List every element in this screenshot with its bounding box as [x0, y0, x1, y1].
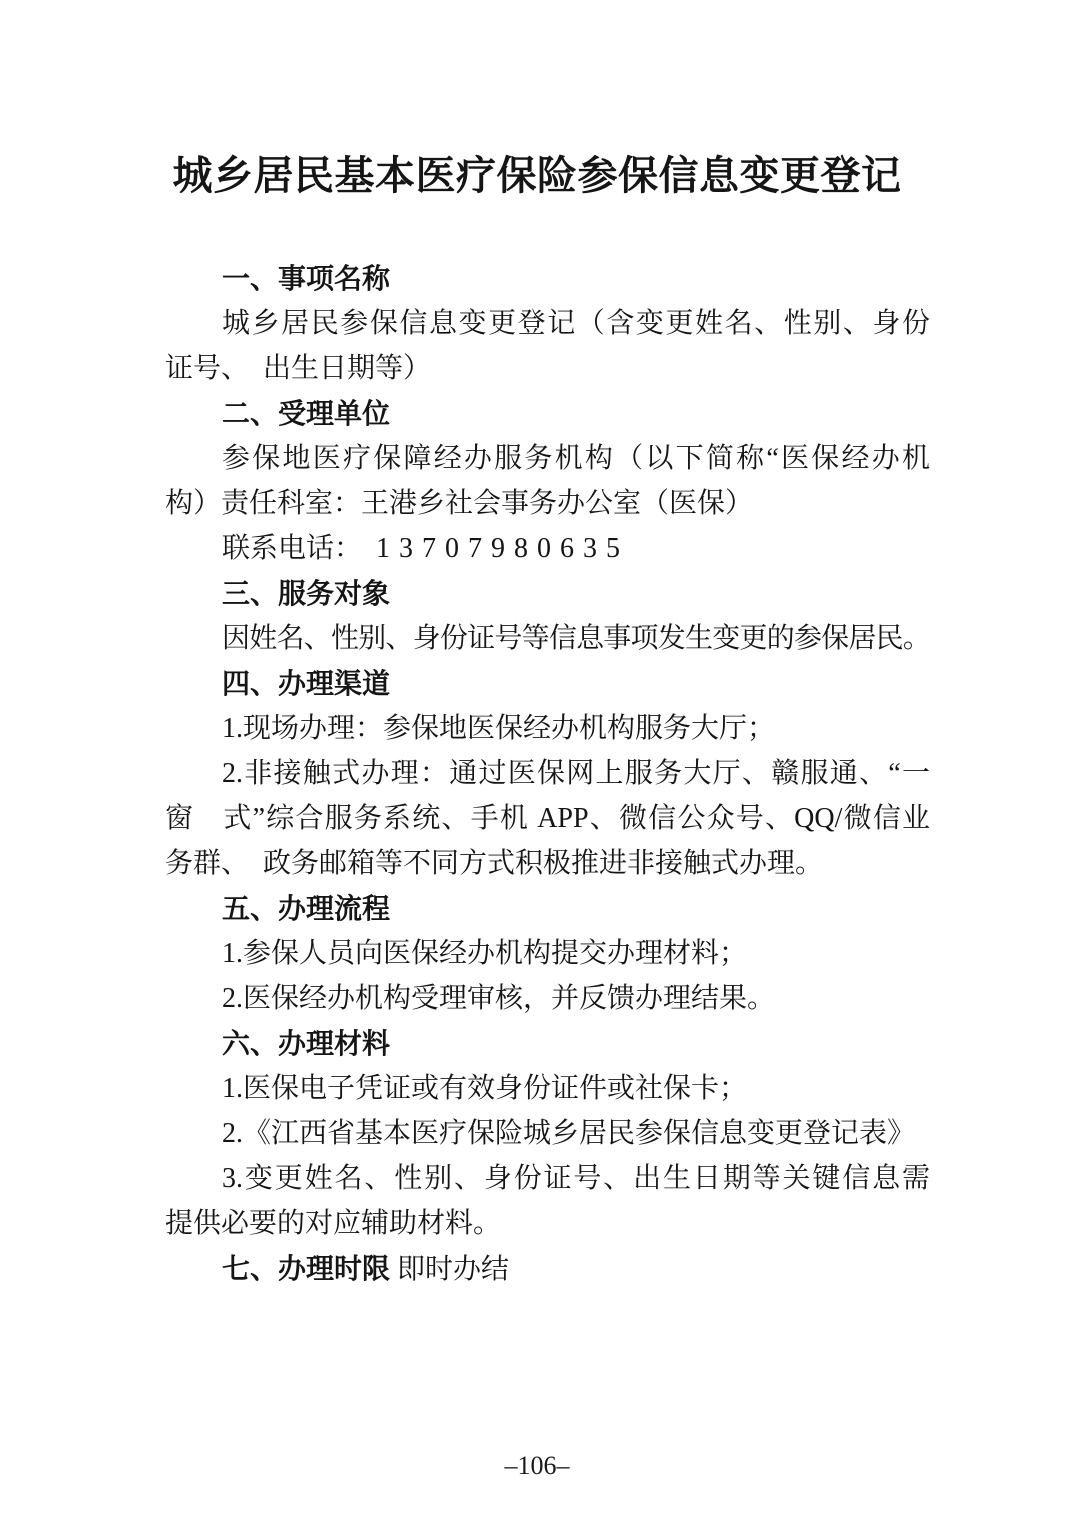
section-heading-text: 一、事项名称 [222, 263, 390, 294]
text-line: 六、办理材料 [165, 1021, 930, 1066]
section-heading-text: 三、服务对象 [222, 578, 390, 609]
section-heading-text: 六、办理材料 [222, 1028, 390, 1059]
text-line: 2.非接触式办理：通过医保网上服务大厅、赣服通、“一 [165, 751, 930, 796]
section-heading-text: 七、办理时限 [222, 1253, 390, 1284]
body-text: 证号、 出生日期等） [165, 353, 431, 384]
text-line: 1.现场办理：参保地医保经办机构服务大厅； [165, 706, 930, 751]
text-line: 参保地医疗保障经办服务机构（以下简称“医保经办机 [165, 436, 930, 481]
page-number: –106– [0, 1450, 1074, 1482]
text-line: 一、事项名称 [165, 256, 930, 301]
body-text: 1.医保电子凭证或有效身份证件或社保卡； [222, 1073, 747, 1104]
body-text: 窗 式”综合服务系统、手机 APP、微信公众号、QQ/微信业 [165, 803, 930, 834]
body-text: 城乡居民参保信息变更登记（含变更姓名、性别、身份 [222, 308, 930, 339]
body-text: 1.现场办理：参保地医保经办机构服务大厅； [222, 713, 775, 744]
text-line: 1.参保人员向医保经办机构提交办理材料； [165, 931, 930, 976]
body-text: 参保地医疗保障经办服务机构（以下简称“医保经办机 [222, 443, 930, 474]
text-line: 3.变更姓名、性别、身份证号、出生日期等关键信息需 [165, 1156, 930, 1201]
document-body: 一、事项名称城乡居民参保信息变更登记（含变更姓名、性别、身份证号、 出生日期等）… [165, 256, 930, 1291]
text-line: 2.医保经办机构受理审核，并反馈办理结果。 [165, 976, 930, 1021]
text-line: 三、服务对象 [165, 571, 930, 616]
text-line: 五、办理流程 [165, 886, 930, 931]
body-text: 2.医保经办机构受理审核，并反馈办理结果。 [222, 983, 775, 1014]
text-line: 2.《江西省基本医疗保险城乡居民参保信息变更登记表》 [165, 1111, 930, 1156]
section-heading-text: 四、办理渠道 [222, 668, 390, 699]
text-line: 构）责任科室：王港乡社会事务办公室（医保） [165, 481, 930, 526]
text-line: 1.医保电子凭证或有效身份证件或社保卡； [165, 1066, 930, 1111]
document-page: 城乡居民基本医疗保险参保信息变更登记 一、事项名称城乡居民参保信息变更登记（含变… [0, 0, 1074, 1520]
text-line: 四、办理渠道 [165, 661, 930, 706]
text-line: 提供必要的对应辅助材料。 [165, 1201, 930, 1246]
body-text: 联系电话： [222, 533, 376, 564]
body-text: 2.非接触式办理：通过医保网上服务大厅、赣服通、“一 [222, 758, 930, 789]
text-line: 联系电话： 13707980635 [165, 526, 930, 571]
text-line: 城乡居民参保信息变更登记（含变更姓名、性别、身份 [165, 301, 930, 346]
text-line: 二、受理单位 [165, 391, 930, 436]
text-line: 窗 式”综合服务系统、手机 APP、微信公众号、QQ/微信业 [165, 796, 930, 841]
body-text: 提供必要的对应辅助材料。 [165, 1208, 501, 1239]
document-title: 城乡居民基本医疗保险参保信息变更登记 [0, 150, 1074, 202]
text-line: 因姓名、性别、身份证号等信息事项发生变更的参保居民。 [165, 616, 930, 661]
text-line: 七、办理时限 即时办结 [165, 1246, 930, 1291]
section-heading-text: 二、受理单位 [222, 398, 390, 429]
body-text: 3.变更姓名、性别、身份证号、出生日期等关键信息需 [222, 1163, 930, 1194]
body-text: 务群、 政务邮箱等不同方式积极推进非接触式办理。 [165, 848, 823, 879]
body-text: 1.参保人员向医保经办机构提交办理材料； [222, 938, 747, 969]
body-text: 即时办结 [390, 1254, 509, 1285]
text-line: 务群、 政务邮箱等不同方式积极推进非接触式办理。 [165, 841, 930, 886]
text-line: 证号、 出生日期等） [165, 346, 930, 391]
body-text: 构）责任科室：王港乡社会事务办公室（医保） [165, 488, 753, 519]
body-text: 2.《江西省基本医疗保险城乡居民参保信息变更登记表》 [222, 1118, 915, 1149]
phone-number: 13707980635 [376, 533, 629, 564]
section-heading-text: 五、办理流程 [222, 893, 390, 924]
body-text: 因姓名、性别、身份证号等信息事项发生变更的参保居民。 [222, 623, 930, 654]
